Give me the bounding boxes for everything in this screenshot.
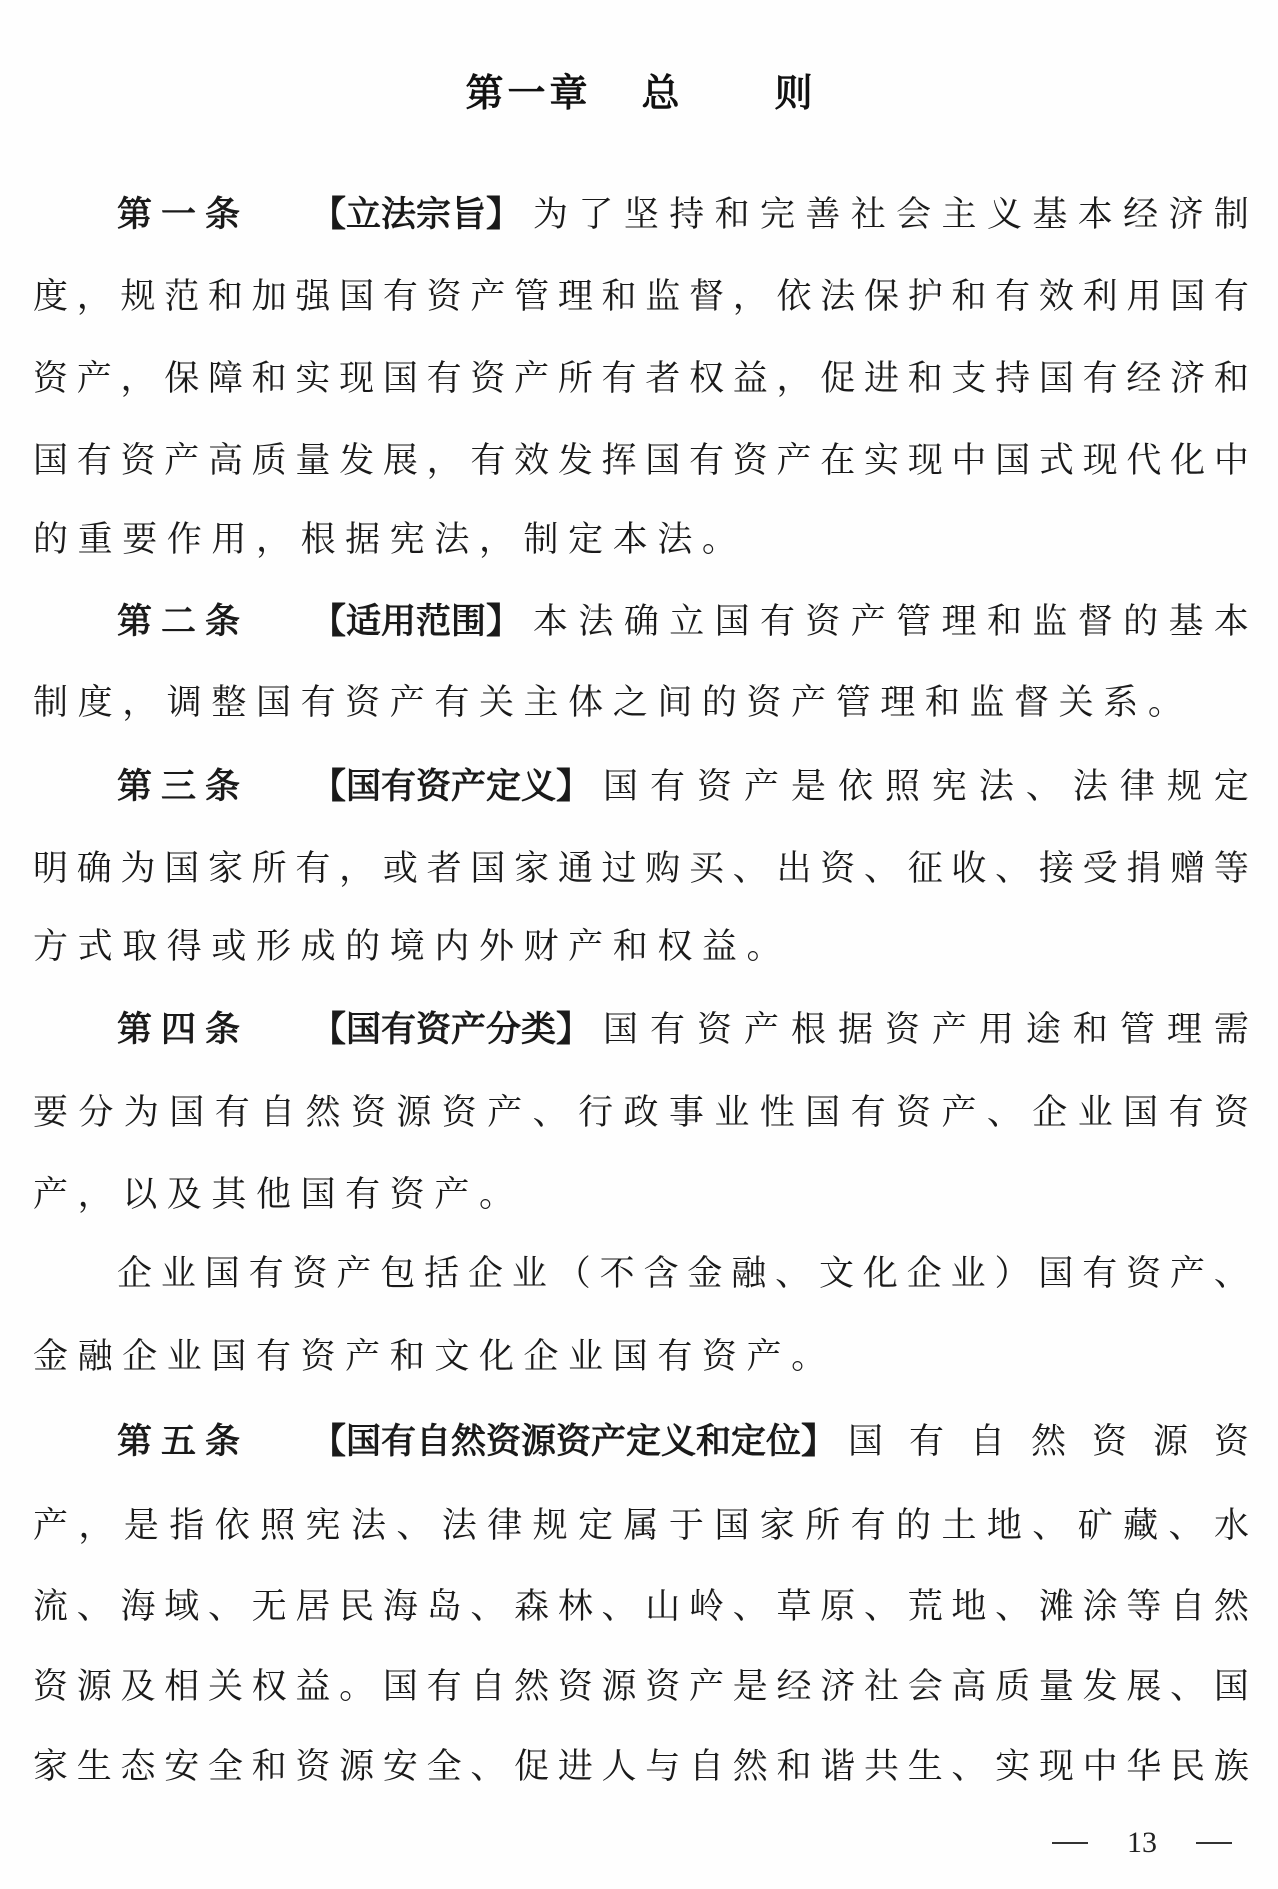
- text-char: 指: [169, 1504, 204, 1548]
- text-char: 金: [33, 1335, 68, 1379]
- text-char: 确: [624, 600, 659, 644]
- text-char: 、: [396, 1504, 431, 1548]
- text-char: 有: [650, 765, 685, 809]
- text-char: 法: [979, 765, 1014, 809]
- text-char: 定: [578, 1504, 613, 1548]
- text-char: 完: [760, 193, 795, 237]
- text-char: 有: [995, 275, 1030, 319]
- text-char: 原: [820, 1585, 855, 1629]
- text-char: 途: [1026, 1008, 1061, 1052]
- text-char: 了: [578, 193, 613, 237]
- text-char: 资: [702, 1335, 737, 1379]
- text-char: 资: [896, 1091, 931, 1135]
- text-char: 和: [602, 275, 637, 319]
- text-char: 资: [697, 1008, 732, 1052]
- text-char: 于: [669, 1504, 704, 1548]
- text-char: 益: [733, 357, 768, 401]
- text-char: 人: [602, 1745, 637, 1789]
- text-char: 家: [33, 1745, 68, 1789]
- text-char: ，: [77, 275, 112, 319]
- text-char: 源: [602, 1665, 637, 1709]
- text-char: 护: [908, 275, 943, 319]
- text-char: 保: [864, 275, 899, 319]
- text-char: 权: [657, 925, 692, 969]
- article-number: 第二条: [117, 600, 249, 644]
- text-char: 生: [77, 1745, 112, 1789]
- text-char: 要: [122, 518, 157, 562]
- text-char: 居: [295, 1585, 330, 1629]
- text-char: 买: [689, 847, 724, 891]
- text-char: 境: [390, 925, 425, 969]
- text-char: 产: [336, 1252, 371, 1296]
- text-char: 、: [864, 847, 899, 891]
- text-char: 济: [1169, 193, 1204, 237]
- text-char: 及: [120, 1665, 155, 1709]
- text-char: 然: [514, 1665, 549, 1709]
- text-char: 过: [602, 847, 637, 891]
- text-char: 资: [1092, 1420, 1127, 1464]
- text-char: 据: [345, 518, 380, 562]
- text-char: 要: [33, 1091, 68, 1135]
- text-char: 主: [524, 681, 559, 725]
- text-char: 基: [1169, 600, 1204, 644]
- text-char: 土: [941, 1504, 976, 1548]
- text-char: 企: [524, 1335, 559, 1379]
- text-char: 发: [1083, 1665, 1118, 1709]
- text-char: 社: [851, 193, 886, 237]
- text-char: 和: [208, 275, 243, 319]
- text-char: 立: [669, 600, 704, 644]
- text-char: 成: [301, 925, 336, 969]
- article-heading: 【国有资产定义】: [311, 765, 591, 809]
- text-char: 重: [78, 518, 113, 562]
- text-char: 与: [645, 1745, 680, 1789]
- text-char: 有: [760, 600, 795, 644]
- text-char: 受: [1083, 847, 1118, 891]
- text-char: 以: [122, 1173, 157, 1217]
- text-char: 法: [351, 1504, 386, 1548]
- text-char: 资: [120, 439, 155, 483]
- dash-left: [1052, 1842, 1088, 1844]
- text-char: 的: [1123, 600, 1158, 644]
- text-char: 资: [805, 600, 840, 644]
- text-char: 系: [1103, 681, 1138, 725]
- text-char: 式: [1039, 439, 1074, 483]
- text-char: 中: [951, 439, 986, 483]
- text-char: 资: [697, 765, 732, 809]
- text-char: 国: [603, 1008, 638, 1052]
- text-char: 收: [951, 847, 986, 891]
- text-char: 国: [645, 439, 680, 483]
- text-char: 、: [733, 1585, 768, 1629]
- text-char: 和: [776, 1745, 811, 1789]
- text-char: 监: [1032, 600, 1067, 644]
- text-char: 会: [896, 193, 931, 237]
- text-char: 藏: [1123, 1504, 1158, 1548]
- article-text: 国有资产是依照宪法、法律规定: [603, 765, 1249, 809]
- text-char: 济: [1170, 357, 1205, 401]
- text-char: 产: [851, 600, 886, 644]
- text-char: 国: [470, 847, 505, 891]
- text-char: 包: [380, 1252, 415, 1296]
- text-char: 管: [1120, 1008, 1155, 1052]
- text-char: ，: [78, 1504, 113, 1548]
- text-char: 利: [1083, 275, 1118, 319]
- article-text-line: 的重要作用，根据宪法，制定本法。: [33, 518, 1249, 562]
- text-char: 水: [1214, 1504, 1249, 1548]
- text-char: 资: [293, 1252, 328, 1296]
- text-char: 产: [744, 765, 779, 809]
- text-char: 征: [908, 847, 943, 891]
- text-char: 中: [1214, 439, 1249, 483]
- text-char: ，: [256, 518, 291, 562]
- text-char: 和: [252, 1745, 287, 1789]
- article-text-line: 方式取得或形成的境内外财产和权益。: [33, 925, 1249, 969]
- text-char: 确: [77, 847, 112, 891]
- text-char: 持: [669, 193, 704, 237]
- text-char: 出: [776, 847, 811, 891]
- text-char: 资: [733, 439, 768, 483]
- text-char: 社: [864, 1665, 899, 1709]
- page-number-value: 13: [1127, 1826, 1157, 1860]
- text-char: 依: [776, 275, 811, 319]
- text-char: 国: [613, 1335, 648, 1379]
- article-1-first-line: 第一条 【立法宗旨】 为了坚持和完善社会主义基本经济制: [117, 193, 1249, 237]
- text-char: 理: [1167, 1008, 1202, 1052]
- text-char: 国: [169, 1091, 204, 1135]
- text-char: 内: [434, 925, 469, 969]
- text-char: 岭: [689, 1585, 724, 1629]
- text-char: 者: [427, 847, 462, 891]
- text-char: 有: [470, 439, 505, 483]
- text-char: 代: [1126, 439, 1161, 483]
- text-char: 根: [791, 1008, 826, 1052]
- text-char: 地: [987, 1504, 1022, 1548]
- text-char: 所: [558, 357, 593, 401]
- text-char: 接: [1039, 847, 1074, 891]
- text-char: 产: [932, 1008, 967, 1052]
- text-char: 产: [487, 1091, 522, 1135]
- text-char: 主: [942, 193, 977, 237]
- text-char: 资: [301, 1335, 336, 1379]
- text-char: 资: [1214, 1420, 1249, 1464]
- text-char: （: [556, 1252, 591, 1296]
- text-char: 现: [908, 439, 943, 483]
- text-char: 有: [851, 1504, 886, 1548]
- text-char: 和: [390, 1335, 425, 1379]
- text-char: 产: [33, 1173, 68, 1217]
- text-char: 属: [623, 1504, 658, 1548]
- text-char: 国: [1039, 357, 1074, 401]
- text-char: 和: [987, 600, 1022, 644]
- text-char: 高: [951, 1665, 986, 1709]
- text-char: 的: [33, 518, 68, 562]
- text-char: 全: [208, 1745, 243, 1789]
- text-char: 、: [1026, 765, 1061, 809]
- text-char: 涂: [1083, 1585, 1118, 1629]
- text-char: 展: [1126, 1665, 1161, 1709]
- text-char: 高: [208, 439, 243, 483]
- text-char: 然: [306, 1091, 341, 1135]
- article-heading: 【国有自然资源资产定义和定位】: [311, 1420, 836, 1464]
- text-char: 企: [907, 1252, 942, 1296]
- text-char: 源: [339, 1745, 374, 1789]
- article-text-line: 度，规范和加强国有资产管理和监督，依法保护和有效利用国有: [33, 275, 1249, 319]
- text-char: 、: [1170, 1665, 1205, 1709]
- text-char: 监: [645, 275, 680, 319]
- text-char: 国: [1170, 275, 1205, 319]
- text-char: 关: [1059, 681, 1094, 725]
- text-char: 权: [252, 1665, 287, 1709]
- text-char: 源: [396, 1091, 431, 1135]
- text-char: 融: [731, 1252, 766, 1296]
- text-char: 资: [351, 1091, 386, 1135]
- text-char: 有: [295, 847, 330, 891]
- text-char: 中: [1083, 1745, 1118, 1789]
- text-char: 加: [252, 275, 287, 319]
- article-heading: 【立法宗旨】: [311, 193, 521, 237]
- article-text-line: 家生态安全和资源安全、促进人与自然和谐共生、实现中华民族: [33, 1745, 1249, 1789]
- text-char: 有: [689, 439, 724, 483]
- text-char: 管: [896, 600, 931, 644]
- text-char: 有: [657, 1335, 692, 1379]
- text-char: 企: [122, 1335, 157, 1379]
- text-char: 国: [33, 439, 68, 483]
- text-char: 或: [211, 925, 246, 969]
- text-char: 有: [650, 1008, 685, 1052]
- text-char: 资: [33, 357, 68, 401]
- text-char: 资: [558, 1665, 593, 1709]
- text-char: 化: [1170, 439, 1205, 483]
- article-heading: 【适用范围】: [311, 600, 521, 644]
- text-char: 、: [602, 1585, 637, 1629]
- text-char: ，: [479, 518, 514, 562]
- text-char: 进: [864, 357, 899, 401]
- text-char: 然: [1214, 1585, 1249, 1629]
- text-char: 管: [836, 681, 871, 725]
- text-char: 国: [603, 765, 638, 809]
- text-char: 所: [805, 1504, 840, 1548]
- text-char: 。: [747, 925, 782, 969]
- text-char: 态: [120, 1745, 155, 1789]
- text-char: 用: [979, 1008, 1014, 1052]
- text-char: 国: [715, 600, 750, 644]
- text-char: 有: [1083, 357, 1118, 401]
- text-char: 。: [791, 1335, 826, 1379]
- text-char: 有: [427, 1665, 462, 1709]
- text-char: 有: [256, 1335, 291, 1379]
- text-char: 现: [1083, 439, 1118, 483]
- text-char: 法: [657, 518, 692, 562]
- text-char: 产: [77, 357, 112, 401]
- article-text: 国有资产根据资产用途和管理需: [603, 1008, 1249, 1052]
- text-char: 业: [714, 1091, 749, 1135]
- text-char: 是: [733, 1665, 768, 1709]
- text-char: 产: [514, 357, 549, 401]
- text-char: 律: [487, 1504, 522, 1548]
- text-char: 和: [252, 357, 287, 401]
- chapter-title-word-2: 则: [775, 62, 813, 117]
- text-char: 实: [864, 439, 899, 483]
- text-char: 。: [339, 1665, 374, 1709]
- text-char: 地: [951, 1585, 986, 1629]
- text-char: 业: [161, 1252, 196, 1296]
- text-char: 。: [702, 518, 737, 562]
- text-char: 需: [1214, 1008, 1249, 1052]
- text-char: 自: [260, 1091, 295, 1135]
- text-char: 有: [345, 1173, 380, 1217]
- text-char: 族: [1214, 1745, 1249, 1789]
- article-2-first-line: 第二条 【适用范围】 本法确立国有资产管理和监督的基本: [117, 600, 1249, 644]
- text-char: 产: [470, 275, 505, 319]
- text-char: 者: [645, 357, 680, 401]
- text-char: 括: [424, 1252, 459, 1296]
- text-char: 其: [211, 1173, 246, 1217]
- text-char: 进: [558, 1745, 593, 1789]
- text-char: 有: [909, 1420, 944, 1464]
- text-char: 。: [479, 1173, 514, 1217]
- text-char: 产: [33, 1504, 68, 1548]
- text-char: 海: [120, 1585, 155, 1629]
- text-char: 有: [1169, 1091, 1204, 1135]
- text-char: 家: [760, 1504, 795, 1548]
- text-char: 共: [864, 1745, 899, 1789]
- text-char: 量: [295, 439, 330, 483]
- text-char: 化: [479, 1335, 514, 1379]
- text-char: 实: [995, 1745, 1030, 1789]
- text-char: 有: [249, 1252, 284, 1296]
- text-char: 持: [995, 357, 1030, 401]
- text-char: ，: [339, 847, 374, 891]
- text-char: 资: [390, 1173, 425, 1217]
- text-char: 国: [383, 357, 418, 401]
- text-char: 的: [702, 681, 737, 725]
- text-char: 和: [925, 681, 960, 725]
- text-char: ，: [733, 275, 768, 319]
- text-char: 国: [1038, 1252, 1073, 1296]
- text-char: 国: [714, 1504, 749, 1548]
- text-char: 产: [434, 1173, 469, 1217]
- text-char: 取: [122, 925, 157, 969]
- text-char: 度: [33, 275, 68, 319]
- text-char: 然: [1031, 1420, 1066, 1464]
- text-char: 、: [987, 1091, 1022, 1135]
- text-char: 业: [951, 1252, 986, 1296]
- text-char: ）: [995, 1252, 1030, 1296]
- text-char: 草: [776, 1585, 811, 1629]
- text-char: 、: [1214, 1252, 1249, 1296]
- dash-right: [1196, 1842, 1232, 1844]
- text-char: 保: [164, 357, 199, 401]
- text-char: 政: [623, 1091, 658, 1135]
- text-char: 促: [514, 1745, 549, 1789]
- text-char: 、: [733, 847, 768, 891]
- article-text-line: 资源及相关权益。国有自然资源资产是经济社会高质量发展、国: [33, 1665, 1249, 1709]
- text-char: 得: [167, 925, 202, 969]
- text-char: 产: [744, 1008, 779, 1052]
- text-char: 资: [885, 1008, 920, 1052]
- text-char: 国: [1214, 1665, 1249, 1709]
- text-char: 国: [848, 1420, 883, 1464]
- text-char: 和: [908, 357, 943, 401]
- text-char: 国: [383, 1665, 418, 1709]
- text-char: 为: [533, 193, 568, 237]
- text-char: 会: [908, 1665, 943, 1709]
- text-char: 法: [578, 600, 613, 644]
- text-char: 事: [669, 1091, 704, 1135]
- article-text-line: 资产，保障和实现国有资产所有者权益，促进和支持国有经济和: [33, 357, 1249, 401]
- article-number: 第三条: [117, 765, 249, 809]
- text-char: 矿: [1078, 1504, 1113, 1548]
- text-char: 产: [345, 1335, 380, 1379]
- text-char: 分: [78, 1091, 113, 1135]
- text-char: 明: [33, 847, 68, 891]
- text-char: 、: [995, 1585, 1030, 1629]
- text-char: 理: [880, 681, 915, 725]
- text-char: 、: [533, 1091, 568, 1135]
- text-char: 源: [1153, 1420, 1188, 1464]
- text-char: 发: [558, 439, 593, 483]
- text-char: 间: [657, 681, 692, 725]
- article-text: 本法确立国有资产管理和监督的基本: [533, 600, 1249, 644]
- text-char: 及: [167, 1173, 202, 1217]
- text-char: 理: [558, 275, 593, 319]
- text-char: 产: [164, 439, 199, 483]
- text-char: 关: [479, 681, 514, 725]
- text-char: 现: [339, 357, 374, 401]
- text-char: 济: [820, 1665, 855, 1709]
- text-char: 国: [211, 1335, 246, 1379]
- text-char: 照: [260, 1504, 295, 1548]
- article-text-line: 要分为国有自然资源资产、行政事业性国有资产、企业国有资: [33, 1091, 1249, 1135]
- document-page: 第一章 总 则 第一条 【立法宗旨】 为了坚持和完善社会主义基本经济制 度，规范…: [0, 0, 1278, 1889]
- text-char: 国: [805, 1091, 840, 1135]
- text-char: 、: [864, 1585, 899, 1629]
- article-text-line: 流、海域、无居民海岛、森林、山岭、草原、荒地、滩涂等自然: [33, 1585, 1249, 1629]
- text-char: ，: [122, 681, 157, 725]
- text-char: 方: [33, 925, 68, 969]
- text-char: 实: [295, 357, 330, 401]
- text-char: 含: [644, 1252, 679, 1296]
- article-3-first-line: 第三条 【国有资产定义】 国有资产是依照宪法、法律规定: [117, 765, 1249, 809]
- text-char: 效: [1039, 275, 1074, 319]
- text-char: 资: [1214, 1091, 1249, 1135]
- text-char: 域: [164, 1585, 199, 1629]
- text-char: 资: [747, 681, 782, 725]
- text-char: 产: [390, 681, 425, 725]
- text-char: 家: [514, 847, 549, 891]
- article-text-line: 国有资产高质量发展，有效发挥国有资产在实现中国式现代化中: [33, 439, 1249, 483]
- text-char: 所: [252, 847, 287, 891]
- text-char: 是: [791, 765, 826, 809]
- text-char: 度: [78, 681, 113, 725]
- text-char: 制: [33, 681, 68, 725]
- text-char: 产: [776, 439, 811, 483]
- text-char: 督: [689, 275, 724, 319]
- text-char: 林: [558, 1585, 593, 1629]
- text-char: 财: [524, 925, 559, 969]
- text-char: 自: [970, 1420, 1005, 1464]
- text-char: 本: [613, 518, 648, 562]
- text-char: 业: [512, 1252, 547, 1296]
- text-char: 自: [470, 1665, 505, 1709]
- text-char: 有: [215, 1091, 250, 1135]
- text-char: 资: [33, 1665, 68, 1709]
- text-char: 和: [715, 193, 750, 237]
- article-text-line: 产，以及其他国有资产。: [33, 1173, 1249, 1217]
- article-heading: 【国有资产分类】: [311, 1008, 591, 1052]
- text-char: ，: [78, 1173, 113, 1217]
